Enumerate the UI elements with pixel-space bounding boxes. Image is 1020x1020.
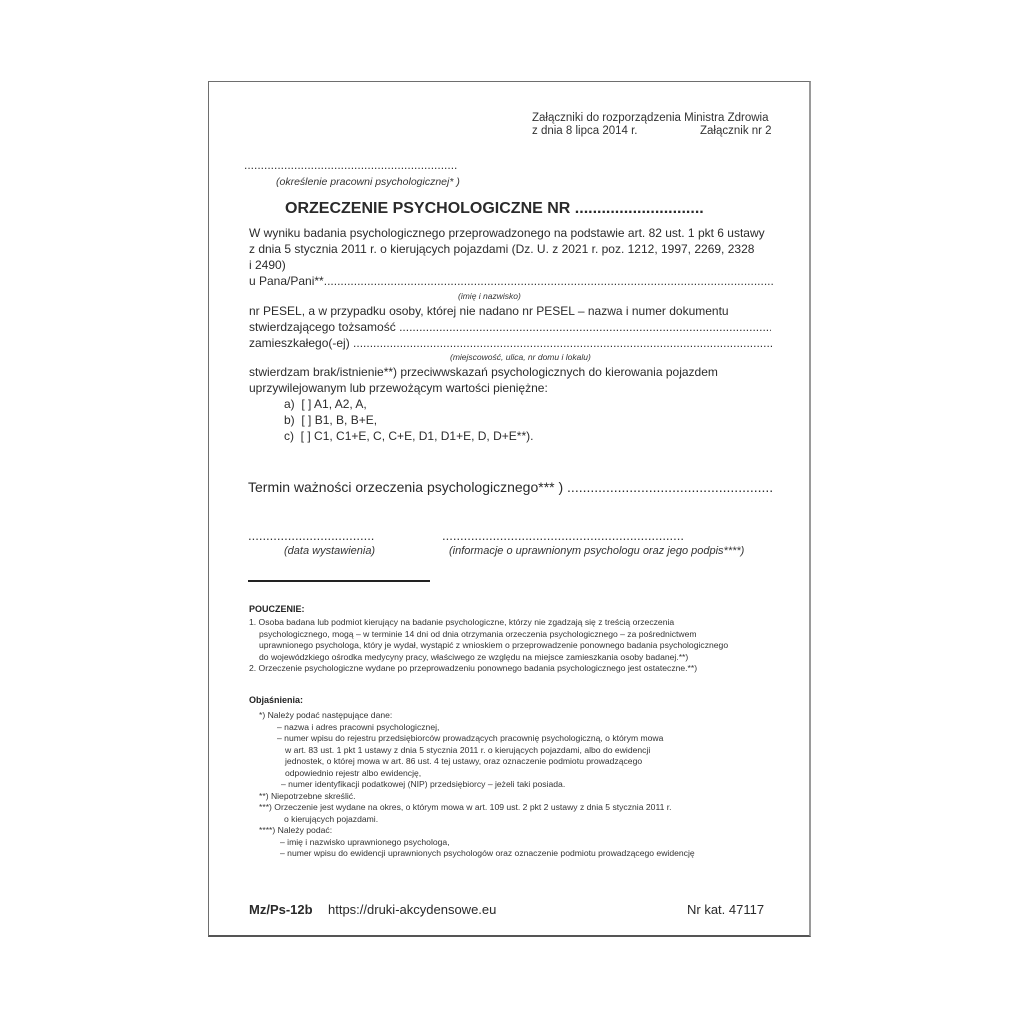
instruction-line: uprawnionego psychologa, który je wydał,… [259, 640, 728, 651]
category-b[interactable]: b) [ ] B1, B, B+E, [284, 413, 377, 429]
validity-label: Termin ważności orzeczenia psychologiczn… [248, 479, 563, 495]
annex-number: Załącznik nr 2 [700, 125, 772, 138]
instruction-heading: POUCZENIE: [249, 604, 305, 614]
person-caption: (imię i nazwisko) [458, 291, 521, 301]
statement-line-1: stwierdzam brak/istnienie**) przeciwwska… [249, 365, 718, 381]
explanation-line: odpowiednio rejestr albo ewidencję, [285, 768, 421, 779]
category-c[interactable]: c) [ ] C1, C1+E, C, C+E, D1, D1+E, D, D+… [284, 429, 533, 445]
category-a[interactable]: a) [ ] A1, A2, A, [284, 397, 367, 413]
person-dots: ........................................… [324, 274, 773, 288]
publisher-url[interactable]: https://druki-akcydensowe.eu [328, 902, 496, 917]
explanation-line: **) Niepotrzebne skreślić. [259, 791, 355, 802]
regulation-date: z dnia 8 lipca 2014 r. [532, 125, 638, 138]
checkbox-a[interactable]: [ ] [301, 397, 311, 411]
explanation-line: w art. 83 ust. 1 pkt 1 ustawy z dnia 5 s… [285, 745, 650, 756]
explanation-line: – nazwa i adres pracowni psychologicznej… [277, 722, 439, 733]
document-title: ORZECZENIE PSYCHOLOGICZNE NR ...........… [285, 200, 704, 218]
instruction-line: do wojewódzkiego ośrodka medycyny pracy,… [259, 652, 688, 663]
explanation-line: – imię i nazwisko uprawnionego psycholog… [280, 837, 450, 848]
explanation-line: jednostek, o której mowa w art. 86 ust. … [285, 756, 642, 767]
separator-rule [248, 580, 430, 582]
form-code: Mz/Ps-12b [249, 902, 313, 917]
psychologist-caption: (informacje o uprawnionym psychologu ora… [449, 545, 744, 557]
explanation-line: o kierujących pojazdami. [284, 814, 378, 825]
instruction-line: 1. Osoba badana lub podmiot kierujący na… [249, 617, 674, 628]
address-field[interactable]: zamieszkałego(-ej) .....................… [249, 336, 773, 352]
explanation-line: *) Należy podać następujące dane: [259, 710, 392, 721]
explanation-line: ****) Należy podać: [259, 825, 332, 836]
instruction-line: 2. Orzeczenie psychologiczne wydane po p… [249, 663, 697, 674]
catalog-number: Nr kat. 47117 [687, 902, 764, 917]
explanation-line: ***) Orzeczenie jest wydane na okres, o … [259, 802, 672, 813]
explanations-heading: Objaśnienia: [249, 695, 303, 705]
validity-field[interactable]: Termin ważności orzeczenia psychologiczn… [248, 479, 774, 495]
address-caption: (miejscowość, ulica, nr domu i lokalu) [450, 352, 591, 362]
explanation-line: – numer wpisu do rejestru przedsiębiorcó… [277, 733, 663, 744]
person-label: u Pana/Pani** [249, 274, 324, 288]
explanation-line: – numer wpisu do ewidencji uprawnionych … [280, 848, 695, 859]
pesel-label: stwierdzającego tożsamość [249, 320, 396, 334]
psychologist-signature-field[interactable]: ........................................… [442, 528, 770, 543]
regulation-reference: Załączniki do rozporządzenia Ministra Zd… [532, 112, 769, 125]
checkbox-c[interactable]: [ ] [301, 429, 311, 443]
intro-line-1: W wyniku badania psychologicznego przepr… [249, 226, 765, 242]
pesel-field[interactable]: stwierdzającego tożsamość ..............… [249, 320, 771, 336]
pesel-line-1: nr PESEL, a w przypadku osoby, której ni… [249, 304, 729, 320]
workshop-field[interactable]: ........................................… [244, 158, 510, 172]
intro-line-2: z dnia 5 stycznia 2011 r. o kierujących … [249, 242, 754, 258]
issue-date-caption: (data wystawienia) [284, 545, 375, 557]
checkbox-b[interactable]: [ ] [301, 413, 311, 427]
workshop-caption: (określenie pracowni psychologicznej* ) [276, 176, 460, 188]
instruction-line: psychologicznego, mogą – w terminie 14 d… [259, 629, 697, 640]
statement-line-2: uprzywilejowanym lub przewożącym wartośc… [249, 381, 548, 397]
person-field[interactable]: u Pana/Pani**...........................… [249, 274, 773, 290]
address-label: zamieszkałego(-ej) [249, 336, 350, 350]
intro-line-3: i 2490) [249, 258, 286, 274]
issue-date-field[interactable]: ................................... [248, 528, 416, 543]
explanation-line: – numer identyfikacji podatkowej (NIP) p… [281, 779, 565, 790]
